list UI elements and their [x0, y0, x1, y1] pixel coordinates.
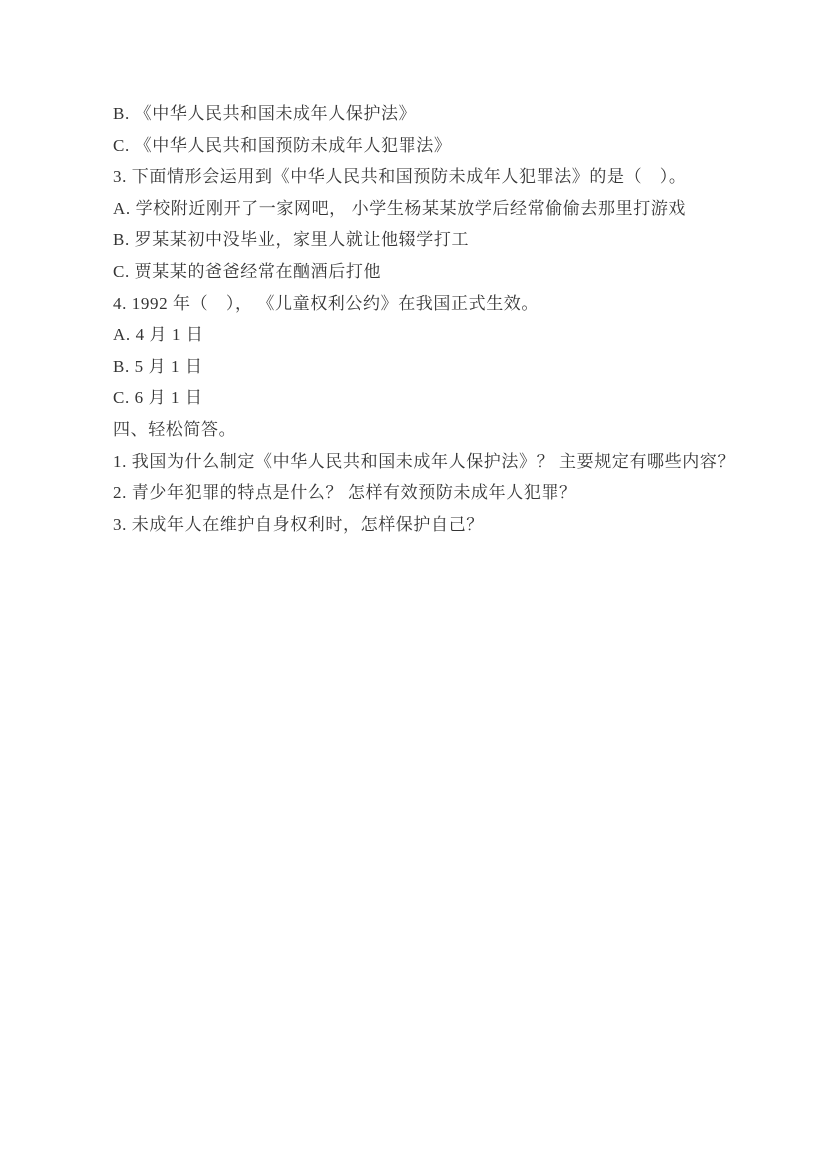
text-line: C. 《中华人民共和国预防未成年人犯罪法》	[113, 130, 736, 162]
text-line: B. 罗某某初中没毕业，家里人就让他辍学打工	[113, 224, 736, 256]
text-line: 四、轻松简答。	[113, 414, 736, 446]
text-line: A. 4 月 1 日	[113, 319, 736, 351]
text-line: 2. 青少年犯罪的特点是什么？ 怎样有效预防未成年人犯罪？	[113, 477, 736, 509]
text-line: B. 5 月 1 日	[113, 351, 736, 383]
text-line: A. 学校附近刚开了一家网吧， 小学生杨某某放学后经常偷偷去那里打游戏	[113, 193, 736, 225]
text-line: 1. 我国为什么制定《中华人民共和国未成年人保护法》？ 主要规定有哪些内容？	[113, 446, 736, 478]
text-line: 3. 下面情形会运用到《中华人民共和国预防未成年人犯罪法》的是（ ）。	[113, 161, 736, 193]
text-line: C. 贾某某的爸爸经常在酗酒后打他	[113, 256, 736, 288]
document-body: B. 《中华人民共和国未成年人保护法》 C. 《中华人民共和国预防未成年人犯罪法…	[113, 98, 736, 540]
text-line: 4. 1992 年（ ）， 《儿童权利公约》在我国正式生效。	[113, 288, 736, 320]
text-line: B. 《中华人民共和国未成年人保护法》	[113, 98, 736, 130]
text-line: C. 6 月 1 日	[113, 382, 736, 414]
text-line: 3. 未成年人在维护自身权利时，怎样保护自己？	[113, 509, 736, 541]
document-page: B. 《中华人民共和国未成年人保护法》 C. 《中华人民共和国预防未成年人犯罪法…	[0, 0, 826, 1169]
